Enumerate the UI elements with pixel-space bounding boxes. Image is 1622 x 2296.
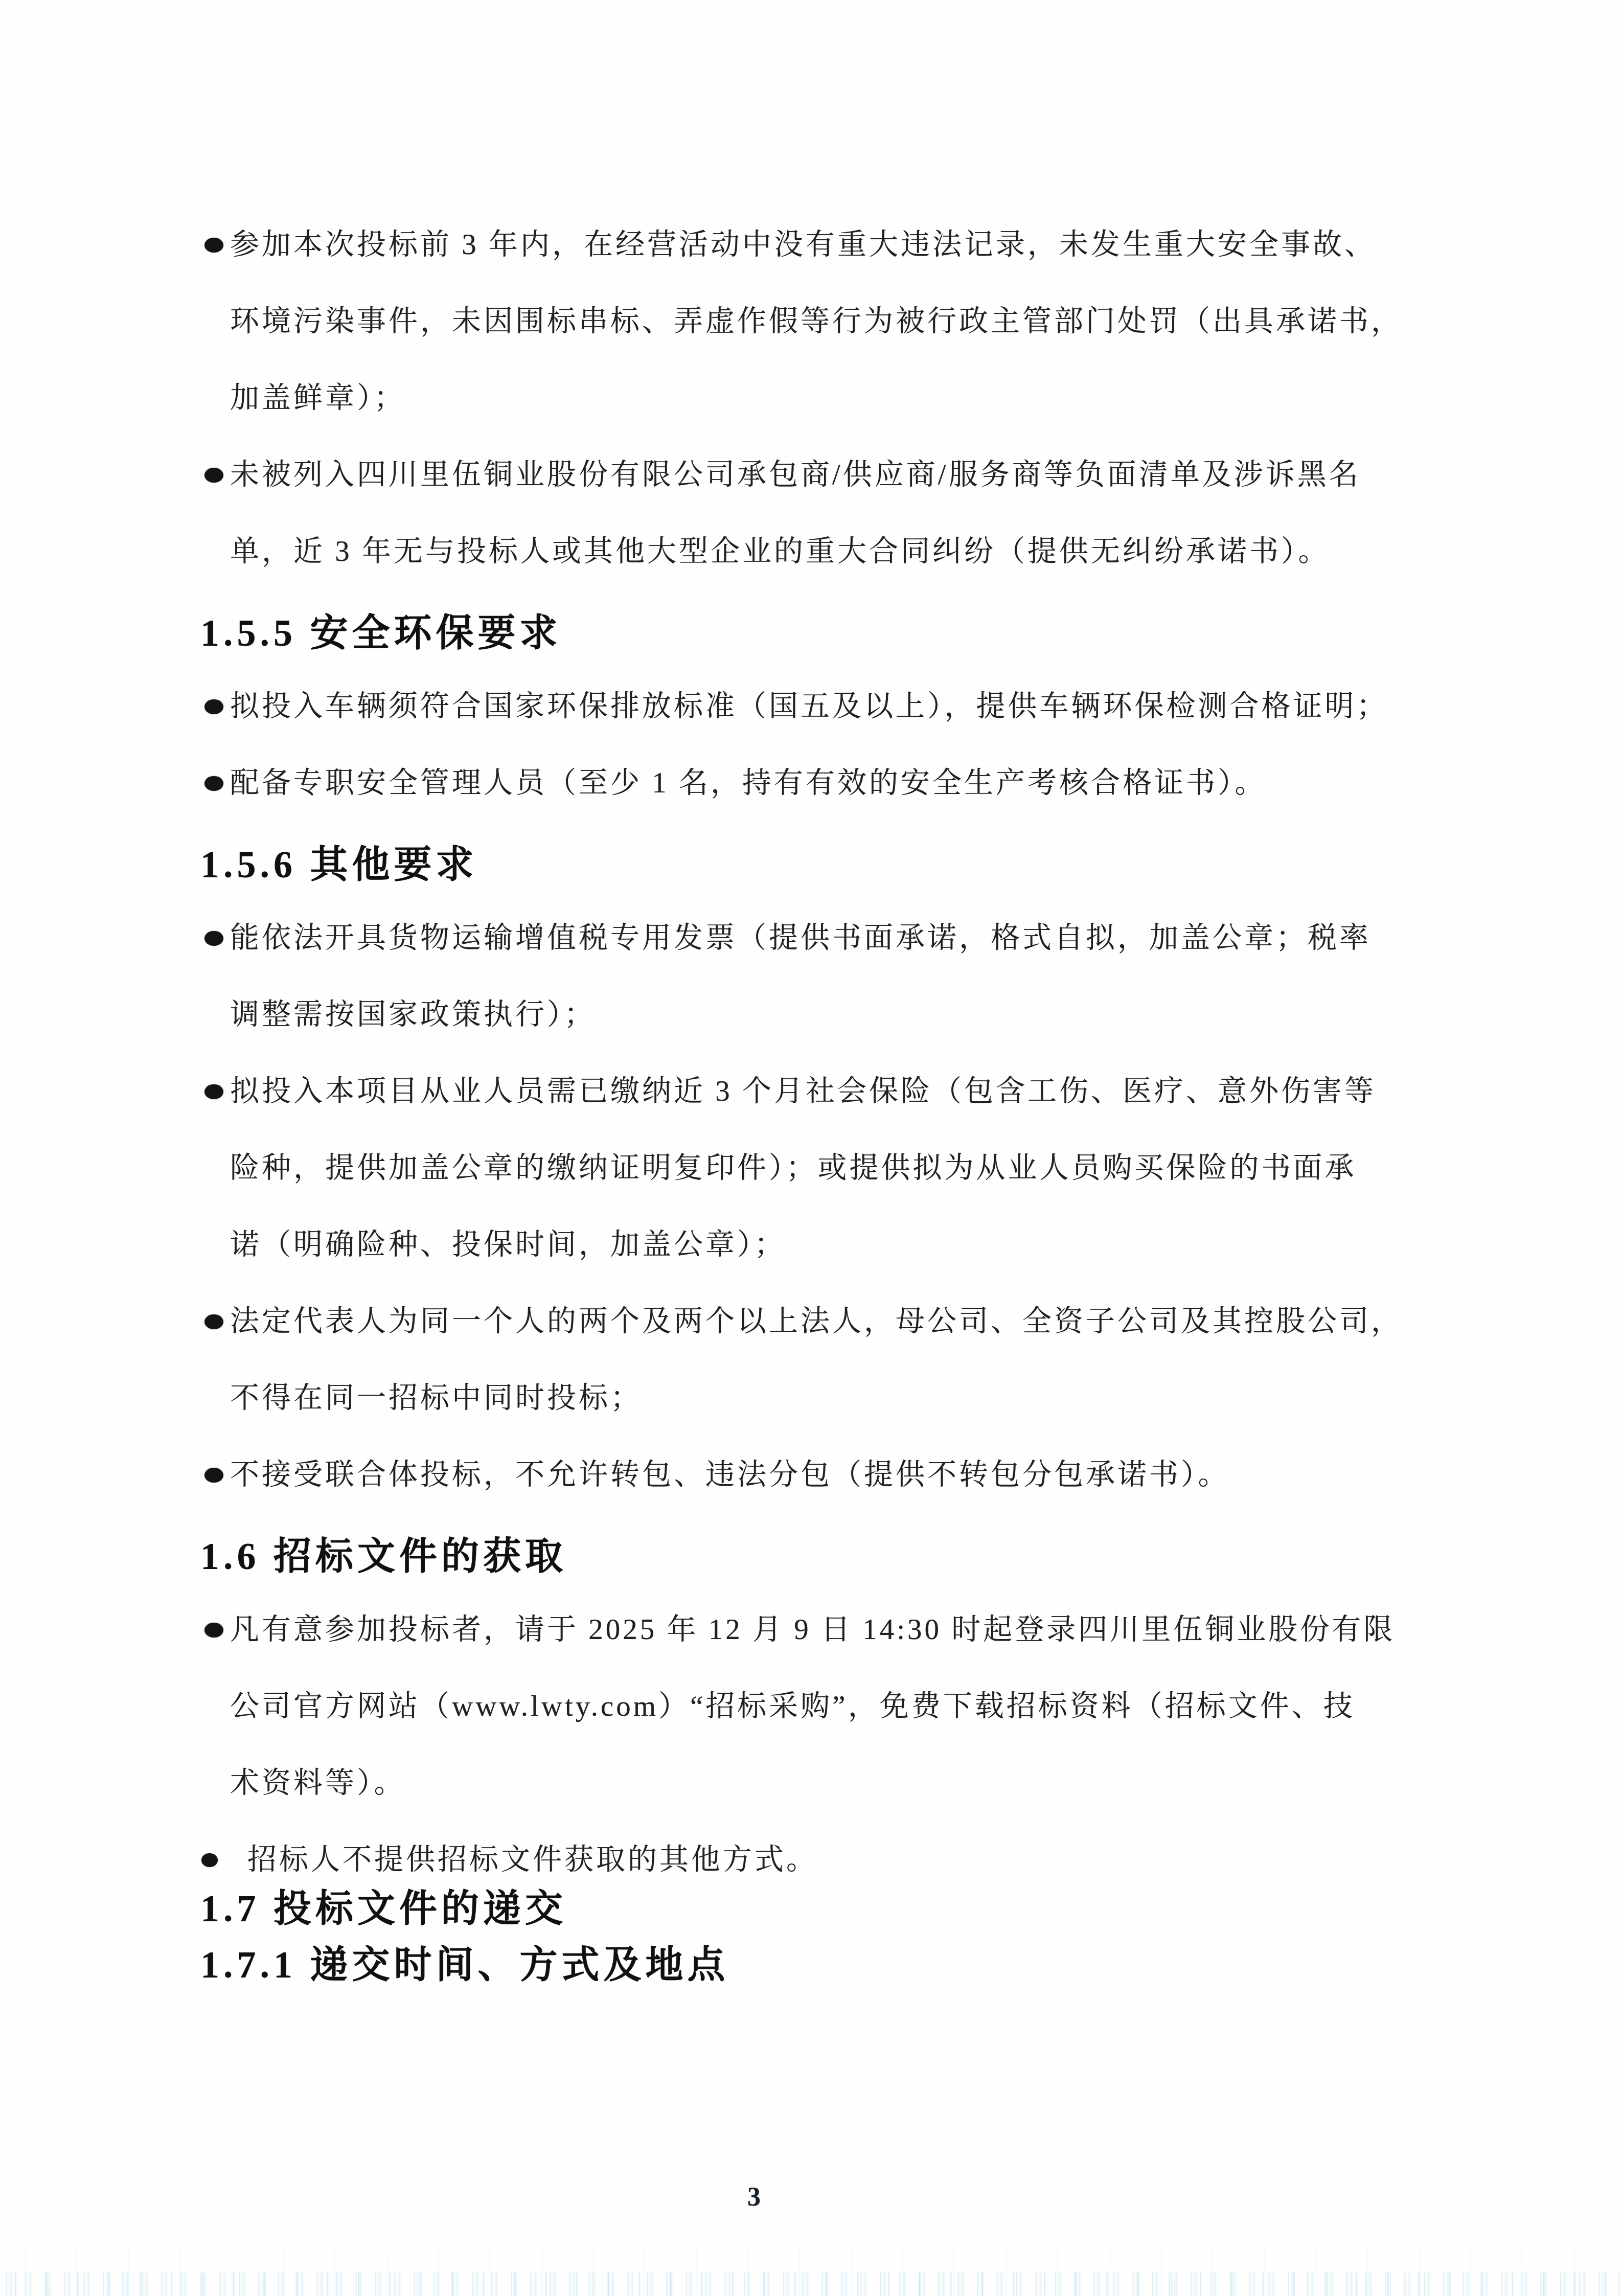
text-line: 单，近 3 年无与投标人或其他大型企业的重大合同纠纷（提供无纠纷承诺书）。 xyxy=(230,513,1437,590)
text-line: 未被列入四川里伍铜业股份有限公司承包商/供应商/服务商等负面清单及涉诉黑名 xyxy=(230,437,1437,513)
bullet-icon xyxy=(204,699,223,714)
scan-edge-artifact xyxy=(0,2272,1622,2296)
bullet-icon xyxy=(204,1084,223,1099)
text-line: 招标人不提供招标文件获取的其他方式。 xyxy=(247,1822,1437,1898)
text-line: 加盖鲜章）； xyxy=(230,360,1437,437)
text-line: 凡有意参加投标者，请于 2025 年 12 月 9 日 14:30 时起登录四川… xyxy=(230,1592,1437,1668)
list-item: 招标人不提供招标文件获取的其他方式。 xyxy=(200,1822,1437,1898)
list-item: 拟投入车辆须符合国家环保排放标准（国五及以上），提供车辆环保检测合格证明； xyxy=(200,668,1437,745)
text-line: 调整需按国家政策执行）； xyxy=(230,976,1437,1053)
list-item: 能依法开具货物运输增值税专用发票（提供书面承诺，格式自拟，加盖公章；税率 调整需… xyxy=(200,900,1437,1053)
text-line: 拟投入车辆须符合国家环保排放标准（国五及以上），提供车辆环保检测合格证明； xyxy=(230,668,1437,745)
text-line: 参加本次投标前 3 年内，在经营活动中没有重大违法记录，未发生重大安全事故、 xyxy=(230,207,1437,283)
bullet-icon xyxy=(204,238,223,253)
text-line: 拟投入本项目从业人员需已缴纳近 3 个月社会保险（包含工伤、医疗、意外伤害等 xyxy=(230,1053,1437,1130)
list-item: 法定代表人为同一个人的两个及两个以上法人，母公司、全资子公司及其控股公司， 不得… xyxy=(200,1283,1437,1437)
section-heading-1-5-5: 1.5.5 安全环保要求 xyxy=(200,599,1437,668)
text-line: 环境污染事件，未因围标串标、弄虚作假等行为被行政主管部门处罚（出具承诺书， xyxy=(230,283,1437,360)
text-line: 不得在同一招标中同时投标； xyxy=(230,1360,1437,1437)
document-page: 参加本次投标前 3 年内，在经营活动中没有重大违法记录，未发生重大安全事故、 环… xyxy=(0,0,1622,2296)
list-item: 未被列入四川里伍铜业股份有限公司承包商/供应商/服务商等负面清单及涉诉黑名 单，… xyxy=(200,437,1437,590)
text-line: 诺（明确险种、投保时间，加盖公章）； xyxy=(230,1207,1437,1283)
text-line: 不接受联合体投标，不允许转包、违法分包（提供不转包分包承诺书）。 xyxy=(230,1437,1437,1513)
text-line: 能依法开具货物运输增值税专用发票（提供书面承诺，格式自拟，加盖公章；税率 xyxy=(230,900,1437,976)
bullet-icon xyxy=(204,1623,223,1638)
section-heading-1-5-6: 1.5.6 其他要求 xyxy=(200,831,1437,900)
section-heading-1-7-1: 1.7.1 递交时间、方式及地点 xyxy=(200,1931,1437,2000)
bullet-icon xyxy=(204,776,223,791)
list-item: 凡有意参加投标者，请于 2025 年 12 月 9 日 14:30 时起登录四川… xyxy=(200,1592,1437,1822)
text-line: 公司官方网站（www.lwty.com）“招标采购”，免费下载招标资料（招标文件… xyxy=(230,1668,1437,1745)
bullet-icon xyxy=(204,468,223,483)
text-line: 配备专职安全管理人员（至少 1 名，持有有效的安全生产考核合格证书）。 xyxy=(230,745,1437,822)
bullet-icon xyxy=(201,1853,218,1867)
bullet-icon xyxy=(204,1468,223,1483)
page-number: 3 xyxy=(747,2182,761,2212)
text-line: 险种，提供加盖公章的缴纳证明复印件）；或提供拟为从业人员购买保险的书面承 xyxy=(230,1130,1437,1207)
document-body: 参加本次投标前 3 年内，在经营活动中没有重大违法记录，未发生重大安全事故、 环… xyxy=(200,207,1437,2000)
list-item: 拟投入本项目从业人员需已缴纳近 3 个月社会保险（包含工伤、医疗、意外伤害等 险… xyxy=(200,1053,1437,1283)
list-item: 参加本次投标前 3 年内，在经营活动中没有重大违法记录，未发生重大安全事故、 环… xyxy=(200,207,1437,437)
bullet-icon xyxy=(204,931,223,946)
text-line: 术资料等）。 xyxy=(230,1745,1437,1822)
list-item: 不接受联合体投标，不允许转包、违法分包（提供不转包分包承诺书）。 xyxy=(200,1437,1437,1513)
list-item: 配备专职安全管理人员（至少 1 名，持有有效的安全生产考核合格证书）。 xyxy=(200,745,1437,822)
text-line: 法定代表人为同一个人的两个及两个以上法人，母公司、全资子公司及其控股公司， xyxy=(230,1283,1437,1360)
bullet-icon xyxy=(204,1314,223,1329)
section-heading-1-6: 1.6 招标文件的获取 xyxy=(200,1522,1437,1592)
